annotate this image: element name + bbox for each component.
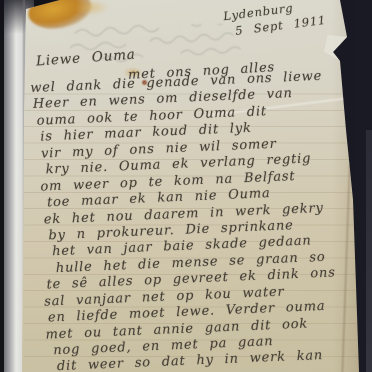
letter-photo: Lydenburg 5 Sept 1911 Liewe Ouma met ons… [0, 0, 372, 372]
letter-paper: Lydenburg 5 Sept 1911 Liewe Ouma met ons… [0, 0, 372, 372]
letter-body: wel dank die genade van ons liewe Heer e… [30, 67, 372, 372]
background-edge [366, 130, 372, 372]
stain [74, 0, 108, 15]
